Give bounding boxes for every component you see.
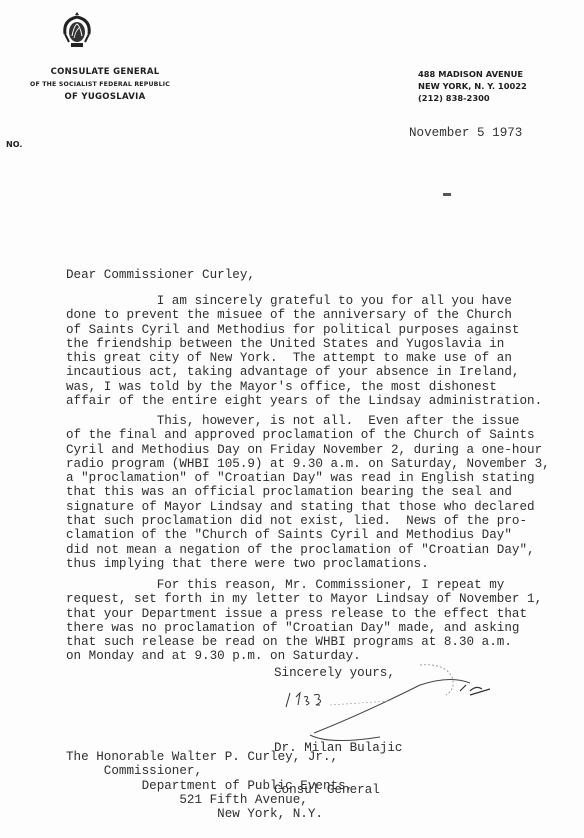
letterhead-sender: CONSULATE GENERAL OF THE SOCIALIST FEDER… bbox=[0, 66, 200, 104]
text-line: that such release be read on the WHBI pr… bbox=[66, 635, 542, 649]
letterhead-address: 488 MADISON AVENUE NEW YORK, N. Y. 10022… bbox=[418, 68, 527, 104]
closing: Sincerely yours, bbox=[274, 666, 395, 680]
text-line: incautious act, taking advantage of your… bbox=[66, 365, 542, 379]
text-line: affair of the entire eight years of the … bbox=[66, 394, 542, 408]
text-line: of the final and approved proclamation o… bbox=[66, 428, 550, 442]
body-paragraph-2: This, however, is not all. Even after th… bbox=[66, 414, 550, 571]
text-line: Department of Public Events, bbox=[66, 779, 353, 793]
text-line: this great city of New York. The attempt… bbox=[66, 351, 542, 365]
text-line: a "proclamation" of "Croatian Day" was r… bbox=[66, 471, 550, 485]
text-line: did not mean a negation of the proclamat… bbox=[66, 543, 550, 557]
text-line: done to prevent the misuee of the annive… bbox=[66, 308, 542, 322]
text-line: that your Department issue a press relea… bbox=[66, 607, 542, 621]
text-line: 521 Fifth Avenue, bbox=[66, 793, 353, 807]
phone-line: (212) 838-2300 bbox=[418, 92, 527, 104]
letter-date: November 5 1973 bbox=[409, 126, 522, 140]
coat-of-arms-icon bbox=[60, 12, 94, 52]
text-line: that such proclamation did not exist, li… bbox=[66, 514, 550, 528]
address-line: 488 MADISON AVENUE bbox=[418, 68, 527, 80]
text-line: Cyril and Methodius Day on Friday Novemb… bbox=[66, 443, 550, 457]
salutation: Dear Commissioner Curley, bbox=[66, 268, 255, 282]
letterhead-line: CONSULATE GENERAL bbox=[0, 66, 200, 79]
text-line: For this reason, Mr. Commissioner, I rep… bbox=[66, 578, 542, 592]
body-paragraph-3: For this reason, Mr. Commissioner, I rep… bbox=[66, 578, 542, 664]
text-line: that this was an official proclamation b… bbox=[66, 485, 550, 499]
text-line: The Honorable Walter P. Curley, Jr., bbox=[66, 750, 353, 764]
text-line: New York, N.Y. bbox=[66, 807, 353, 821]
text-line: I am sincerely grateful to you for all y… bbox=[66, 294, 542, 308]
text-line: thus implying that there were two procla… bbox=[66, 557, 550, 571]
text-line: of Saints Cyril and Methodius for politi… bbox=[66, 323, 542, 337]
text-line: radio program (WHBI 105.9) at 9.30 a.m. … bbox=[66, 457, 550, 471]
text-line: This, however, is not all. Even after th… bbox=[66, 414, 550, 428]
text-line: was, I was told by the Mayor's office, t… bbox=[66, 380, 542, 394]
reference-number-label: NO. bbox=[6, 140, 22, 149]
letterhead-line: OF THE SOCIALIST FEDERAL REPUBLIC bbox=[0, 79, 200, 91]
body-paragraph-1: I am sincerely grateful to you for all y… bbox=[66, 294, 542, 408]
text-line: the friendship between the United States… bbox=[66, 337, 542, 351]
ink-mark bbox=[443, 193, 451, 196]
address-line: NEW YORK, N. Y. 10022 bbox=[418, 80, 527, 92]
text-line: request, set forth in my letter to Mayor… bbox=[66, 592, 542, 606]
text-line: Commissioner, bbox=[66, 764, 353, 778]
text-line: on Monday and at 9.30 p.m. on Saturday. bbox=[66, 649, 542, 663]
text-line: signature of Mayor Lindsay and stating t… bbox=[66, 500, 550, 514]
letterhead-line: OF YUGOSLAVIA bbox=[0, 91, 200, 104]
text-line: there was no proclamation of "Croatian D… bbox=[66, 621, 542, 635]
text-line: clamation of the "Church of Saints Cyril… bbox=[66, 528, 550, 542]
recipient-address: The Honorable Walter P. Curley, Jr., Com… bbox=[66, 750, 353, 821]
